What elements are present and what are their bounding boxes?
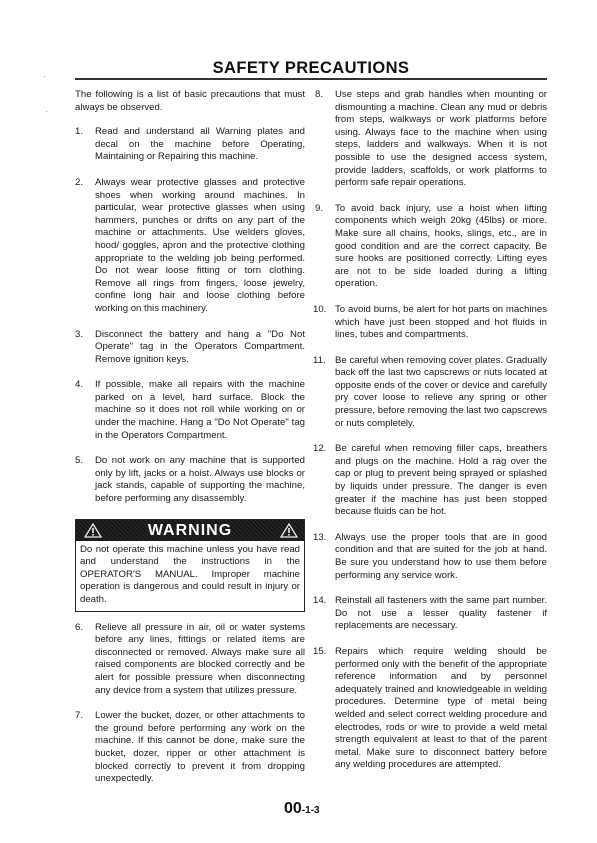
warning-text: Do not operate this machine unless you h… (76, 541, 304, 611)
precaution-item-3: 3. Disconnect the battery and hang a "Do… (75, 329, 305, 367)
page-number: 00-1-3 (284, 800, 320, 818)
scan-speck (44, 76, 45, 77)
item-text: Use steps and grab handles when mounting… (335, 89, 547, 188)
precaution-item-13: 13. Always use the proper tools that are… (315, 532, 547, 582)
item-text: To avoid back injury, use a hoist when l… (335, 203, 547, 290)
intro-paragraph: The following is a list of basic precaut… (75, 89, 305, 114)
item-number: 5. (75, 455, 83, 468)
page-number-minor: -1-3 (302, 805, 320, 816)
precaution-item-5: 5. Do not work on any machine that is su… (75, 455, 305, 505)
precaution-item-11: 11. Be careful when removing cover plate… (315, 355, 547, 431)
item-text: Repairs which require welding should be … (335, 646, 547, 770)
item-text: Always use the proper tools that are in … (335, 532, 547, 581)
item-text: Disconnect the battery and hang a "Do No… (95, 329, 305, 365)
item-number: 15. (313, 646, 326, 659)
item-text: Do not work on any machine that is suppo… (95, 455, 305, 504)
item-number: 13. (313, 532, 326, 545)
item-text: Read and understand all Warning plates a… (95, 126, 305, 162)
item-text: To avoid burns, be alert for hot parts o… (335, 304, 547, 340)
left-column: The following is a list of basic precaut… (75, 89, 305, 799)
item-number: 12. (313, 443, 326, 456)
precaution-item-10: 10. To avoid burns, be alert for hot par… (315, 304, 547, 342)
title-rule (75, 78, 547, 80)
item-text: Always wear protective glasses and prote… (95, 177, 305, 314)
item-number: 8. (315, 89, 323, 102)
item-number: 1. (75, 126, 83, 139)
item-number: 2. (75, 177, 83, 190)
precaution-item-1: 1. Read and understand all Warning plate… (75, 126, 305, 164)
precaution-item-8: 8. Use steps and grab handles when mount… (315, 89, 547, 190)
precaution-item-6: 6. Relieve all pressure in air, oil or w… (75, 622, 305, 698)
item-number: 3. (75, 329, 83, 342)
warning-header: WARNING (76, 520, 304, 541)
item-text: If possible, make all repairs with the m… (95, 379, 305, 440)
item-text: Reinstall all fasteners with the same pa… (335, 595, 547, 631)
item-number: 4. (75, 379, 83, 392)
item-text: Be careful when removing filler caps, br… (335, 443, 547, 517)
precaution-item-15: 15. Repairs which require welding should… (315, 646, 547, 772)
warning-label: WARNING (148, 522, 232, 539)
precaution-item-12: 12. Be careful when removing filler caps… (315, 443, 547, 519)
precaution-item-4: 4. If possible, make all repairs with th… (75, 379, 305, 442)
item-text: Relieve all pressure in air, oil or wate… (95, 622, 305, 696)
scan-speck (46, 111, 47, 112)
right-column: 8. Use steps and grab handles when mount… (315, 89, 547, 785)
precaution-item-2: 2. Always wear protective glasses and pr… (75, 177, 305, 316)
item-text: Be careful when removing cover plates. G… (335, 355, 547, 429)
page-title: SAFETY PRECAUTIONS (75, 59, 547, 78)
warning-box: WARNING Do not operate this machine unle… (75, 519, 305, 612)
item-number: 10. (313, 304, 326, 317)
item-number: 9. (315, 203, 323, 216)
item-number: 6. (75, 622, 83, 635)
item-number: 11. (313, 355, 326, 368)
precaution-item-9: 9. To avoid back injury, use a hoist whe… (315, 203, 547, 291)
precaution-item-7: 7. Lower the bucket, dozer, or other att… (75, 710, 305, 786)
item-number: 7. (75, 710, 83, 723)
item-text: Lower the bucket, dozer, or other attach… (95, 710, 305, 784)
precaution-item-14: 14. Reinstall all fasteners with the sam… (315, 595, 547, 633)
page-number-major: 00 (284, 800, 302, 817)
item-number: 14. (313, 595, 326, 608)
